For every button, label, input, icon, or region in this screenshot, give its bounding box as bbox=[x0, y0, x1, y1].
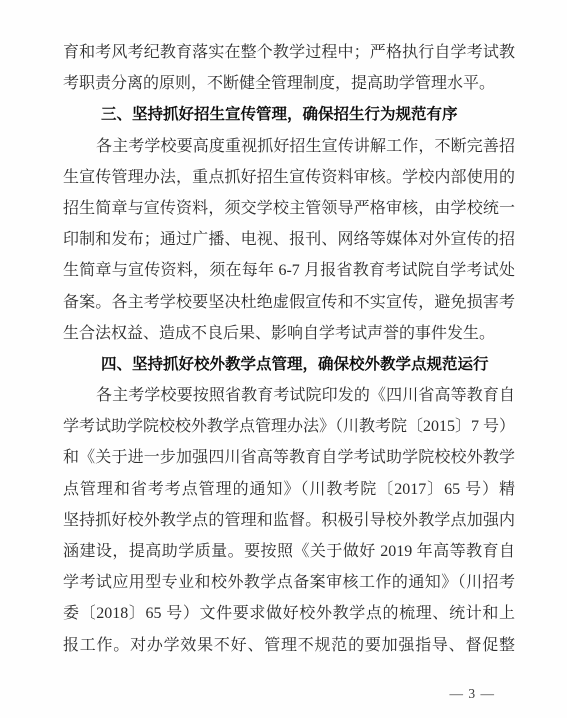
text-line: 各主考学校要按照省教育考试院印发的《四川省高等教育自 bbox=[63, 380, 515, 411]
text-line: 考职责分离的原则，不断健全管理制度，提高助学管理水平。 bbox=[63, 68, 515, 99]
text-line: 生简章与宣传资料，须在每年 6-7 月报省教育考试院自学考试处 bbox=[63, 255, 515, 286]
text-line: 印制和发布；通过广播、电视、报刊、网络等媒体对外宣传的招 bbox=[63, 224, 515, 255]
text-line: 招生简章与宣传资料，须交学校主管领导严格审核，由学校统一 bbox=[63, 193, 515, 224]
text-line: 点管理和省考考点管理的通知》（川教考院〔2017〕65 号）精神， bbox=[63, 474, 515, 505]
text-line: 涵建设，提高助学质量。要按照《关于做好 2019 年高等教育自 bbox=[63, 536, 515, 567]
document-body: 育和考风考纪教育落实在整个教学过程中；严格执行自学考试教 考职责分离的原则，不断… bbox=[63, 37, 515, 661]
text-line: 学考试应用型专业和校外教学点备案审核工作的通知》（川招考 bbox=[63, 567, 515, 598]
text-line: 生合法权益、造成不良后果、影响自学考试声誉的事件发生。 bbox=[63, 318, 515, 349]
text-line: 学考试助学院校校外教学点管理办法》（川教考院〔2015〕7 号） bbox=[63, 411, 515, 442]
text-line: 备案。各主考学校要坚决杜绝虚假宣传和不实宣传，避免损害考 bbox=[63, 287, 515, 318]
text-line: 坚持抓好校外教学点的管理和监督。积极引导校外教学点加强内 bbox=[63, 505, 515, 536]
text-line: 报工作。对办学效果不好、管理不规范的要加强指导、督促整改， bbox=[63, 630, 515, 661]
text-line: 和《关于进一步加强四川省高等教育自学考试助学院校校外教学 bbox=[63, 442, 515, 473]
heading-section-3: 三、坚持抓好招生宣传管理，确保招生行为规范有序 bbox=[63, 99, 515, 130]
text-line: 育和考风考纪教育落实在整个教学过程中；严格执行自学考试教 bbox=[63, 37, 515, 68]
document-page: 育和考风考纪教育落实在整个教学过程中；严格执行自学考试教 考职责分离的原则，不断… bbox=[0, 0, 567, 718]
heading-section-4: 四、坚持抓好校外教学点管理，确保校外教学点规范运行 bbox=[63, 349, 515, 380]
text-line: 生宣传管理办法，重点抓好招生宣传资料审核。学校内部使用的 bbox=[63, 162, 515, 193]
text-line: 各主考学校要高度重视抓好招生宣传讲解工作，不断完善招 bbox=[63, 131, 515, 162]
page-number: — 3 — bbox=[450, 686, 496, 702]
text-line: 委〔2018〕65 号）文件要求做好校外教学点的梳理、统计和上 bbox=[63, 598, 515, 629]
